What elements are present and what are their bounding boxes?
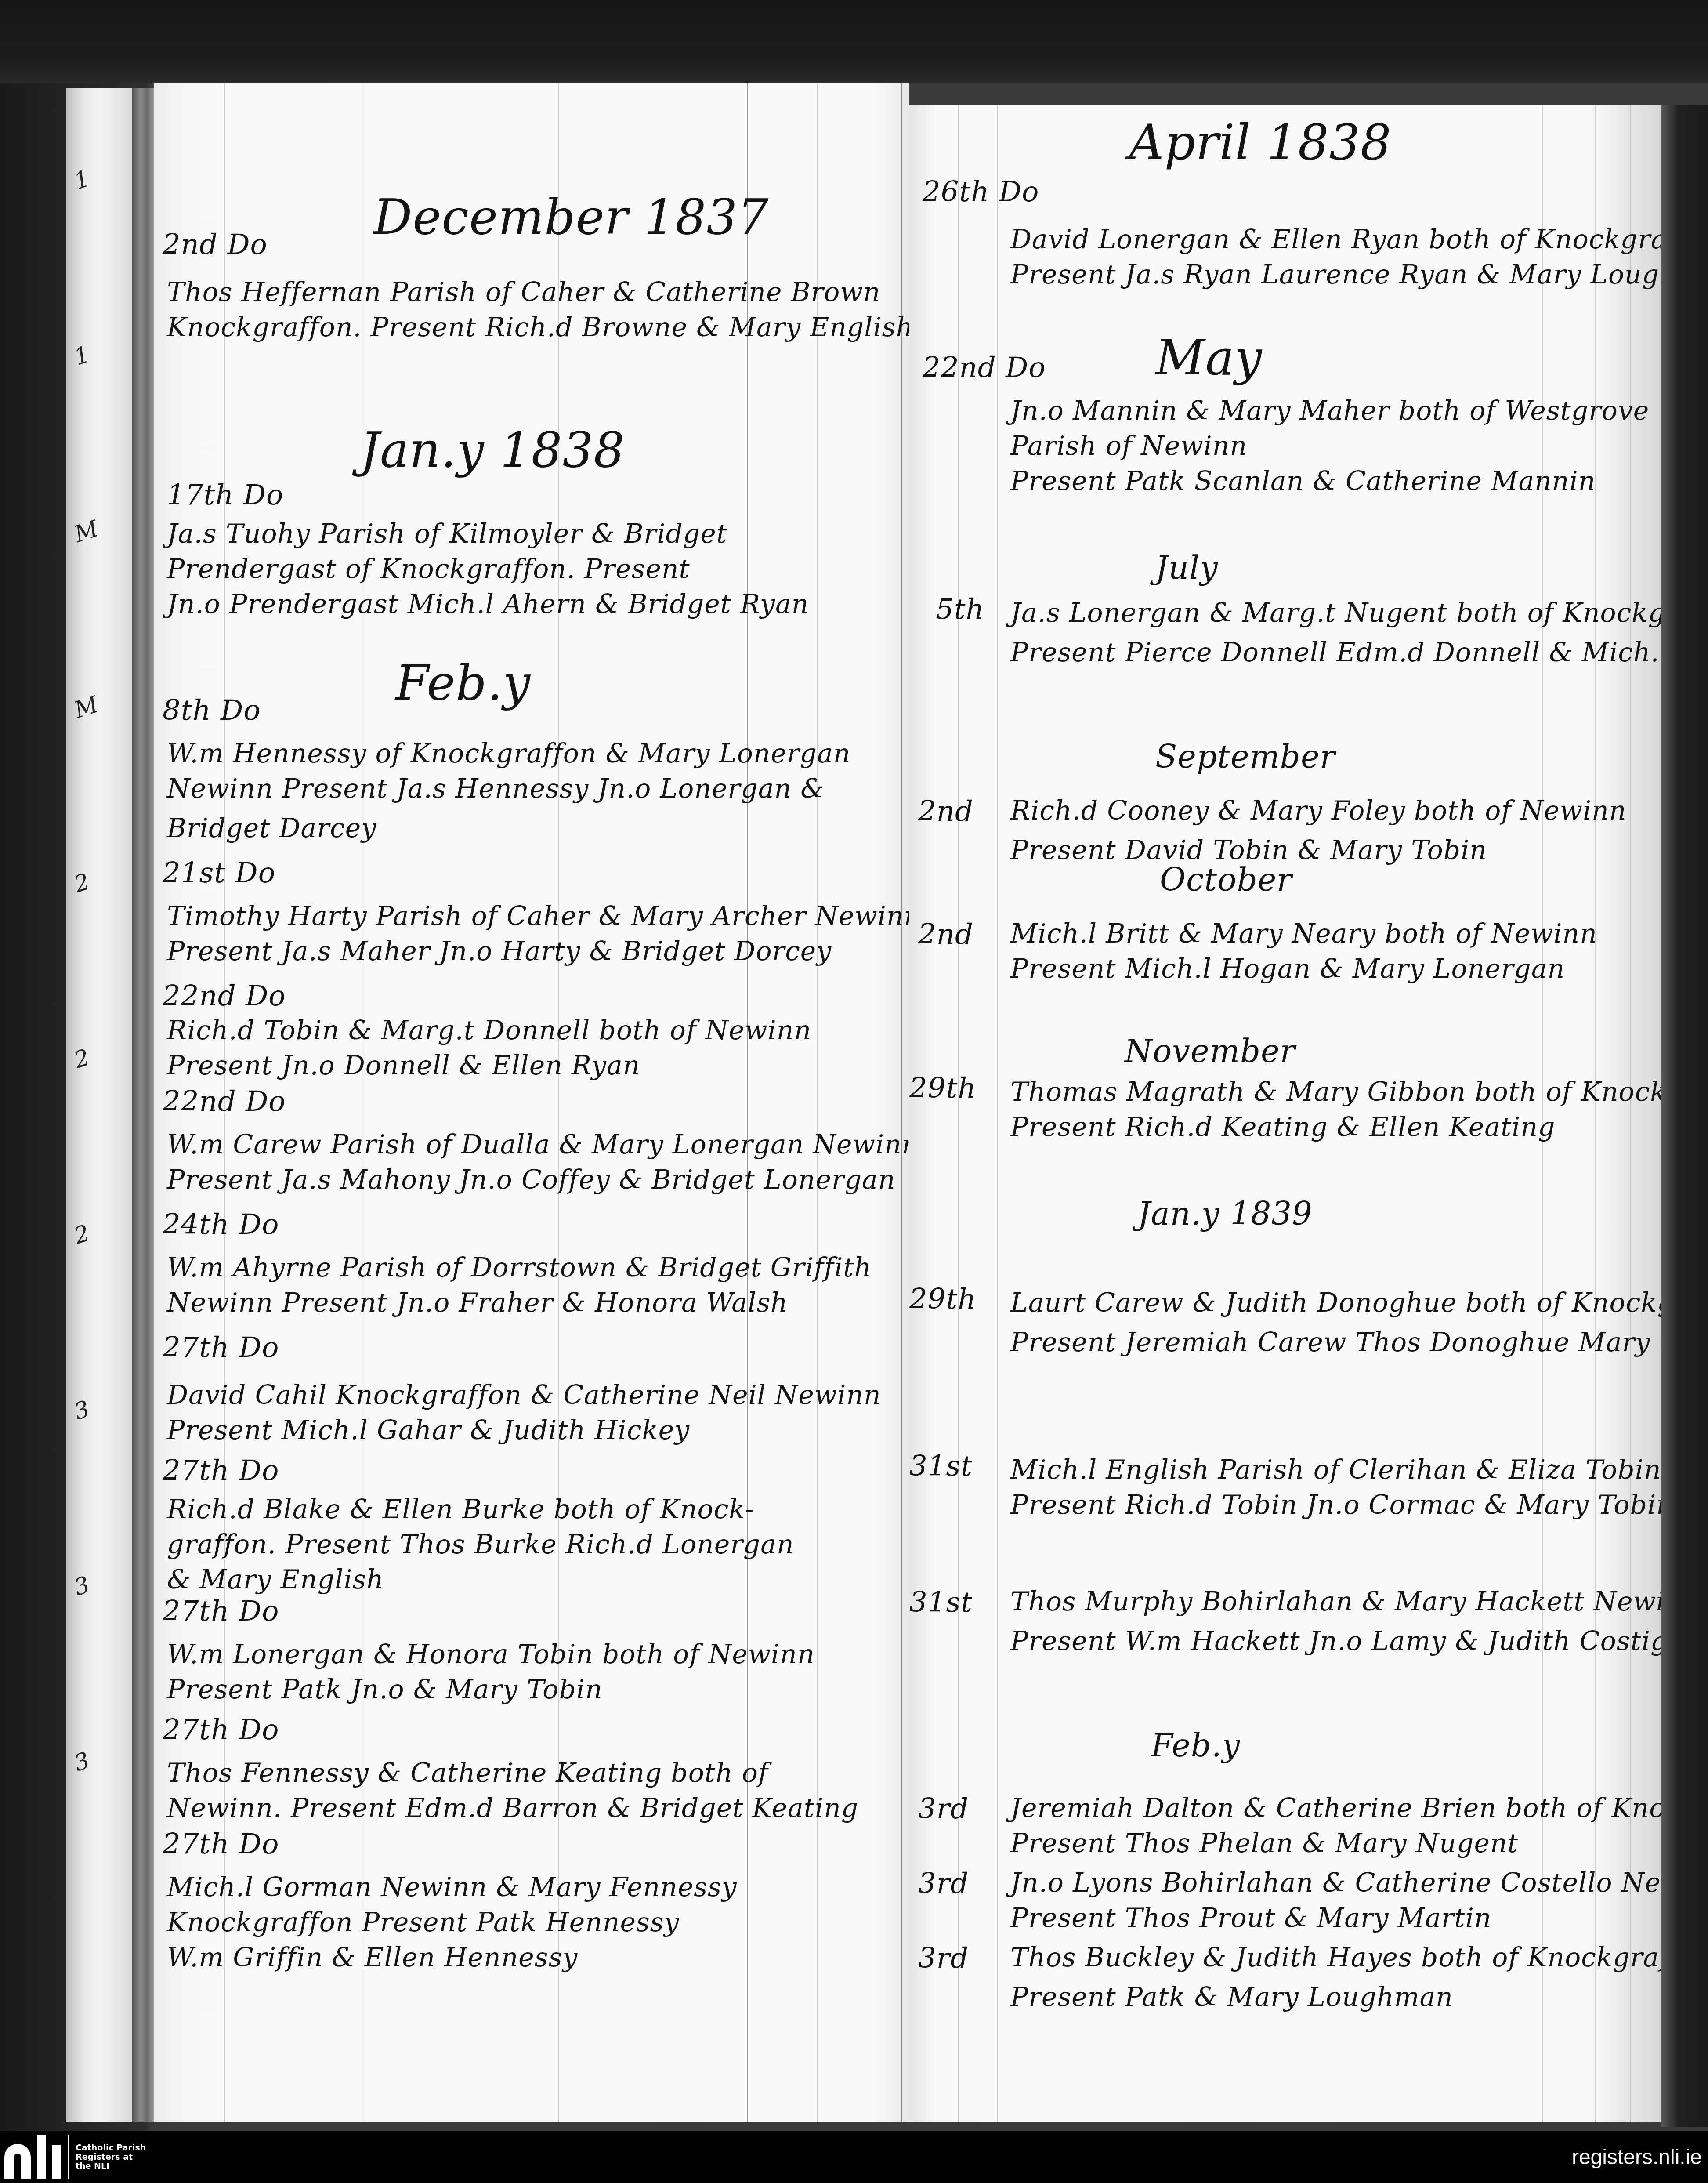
entry-date: 27th Do (163, 1454, 279, 1487)
entry-line: David Lonergan & Ellen Ryan both of Knoc… (1010, 224, 1665, 255)
entry-line: Present Ja.s Mahony Jn.o Coffey & Bridge… (167, 1164, 896, 1195)
entry-line: Present Ja.s Maher Jn.o Harty & Bridget … (167, 936, 832, 967)
margin-note: M (71, 515, 101, 548)
entry-line: W.m Lonergan & Honora Tobin both of Newi… (167, 1639, 815, 1670)
margin-note: 3 (71, 1571, 93, 1601)
margin-note: 2 (71, 1044, 93, 1073)
entry-line: Present Mich.l Gahar & Judith Hickey (167, 1415, 690, 1446)
margin-note: 3 (71, 1396, 93, 1425)
entry-line: Present Rich.d Tobin Jn.o Cormac & Mary … (1010, 1490, 1665, 1520)
entry-date: 2nd (918, 795, 973, 828)
right-register-page: April 1838MayJulySeptemberOctoberNovembe… (909, 105, 1665, 2122)
entry-line: Present Jn.o Donnell & Ellen Ryan (167, 1050, 640, 1081)
entry-line: Knockgraffon. Present Rich.d Browne & Ma… (167, 312, 909, 343)
entry-line: Prendergast of Knockgraffon. Present (167, 554, 690, 584)
logo-letter-l (37, 2135, 46, 2179)
entry-line: Ja.s Tuohy Parish of Kilmoyler & Bridget (167, 519, 727, 549)
margin-note: 2 (71, 868, 93, 898)
margin-note: 2 (71, 1220, 93, 1249)
entry-line: Present Thos Phelan & Mary Nugent (1010, 1828, 1519, 1859)
entry-line: Jn.o Mannin & Mary Maher both of Westgro… (1010, 395, 1649, 426)
entry-date: 17th Do (167, 479, 284, 511)
entry-date: 24th Do (163, 1208, 279, 1241)
entry-line: Present W.m Hackett Jn.o Lamy & Judith C… (1010, 1626, 1665, 1657)
entry-date: 3rd (918, 1868, 969, 1900)
entry-line: Mich.l Britt & Mary Neary both of Newinn (1010, 918, 1597, 949)
entry-line: Mich.l Gorman Newinn & Mary Fennessy (167, 1872, 737, 1903)
entry-line: Rich.d Tobin & Marg.t Donnell both of Ne… (167, 1015, 811, 1046)
margin-note: 1 (71, 165, 93, 195)
nli-logo-icon (4, 2135, 61, 2179)
entry-line: Present Mich.l Hogan & Mary Lonergan (1010, 954, 1565, 984)
entry-line: Present Rich.d Keating & Ellen Keating (1010, 1112, 1556, 1142)
entry-line: graffon. Present Thos Burke Rich.d Loner… (167, 1529, 794, 1560)
entry-line: Laurt Carew & Judith Donoghue both of Kn… (1010, 1287, 1665, 1318)
entry-date: 27th Do (163, 1595, 279, 1628)
logo-letter-i (52, 2145, 61, 2179)
entry-date: 2nd (918, 918, 973, 951)
entry-line: Present Ja.s Ryan Laurence Ryan & Mary L… (1010, 259, 1665, 290)
entry-line: Newinn Present Jn.o Fraher & Honora Wals… (167, 1287, 788, 1318)
margin-note: M (71, 691, 101, 724)
entry-date: 29th (909, 1072, 976, 1105)
entry-line: W.m Hennessy of Knockgraffon & Mary Lone… (167, 738, 850, 769)
entry-line: Newinn Present Ja.s Hennessy Jn.o Lonerg… (167, 773, 825, 804)
entry-line: Jeremiah Dalton & Catherine Brien both o… (1010, 1793, 1665, 1824)
entry-date: 3rd (918, 1793, 969, 1825)
entry-date: 8th Do (163, 694, 261, 727)
entry-date: 27th Do (163, 1331, 279, 1364)
site-url: registers.nli.ie (1572, 2145, 1708, 2169)
entry-date: 27th Do (163, 1714, 279, 1746)
month-heading: October (1160, 861, 1292, 898)
entry-line: W.m Carew Parish of Dualla & Mary Lonerg… (167, 1129, 909, 1160)
logo-divider (68, 2135, 69, 2179)
page-edge-line (901, 83, 902, 2122)
entry-line: Ja.s Lonergan & Marg.t Nugent both of Kn… (1010, 598, 1665, 628)
top-shadow-band (0, 0, 1708, 83)
entry-date: 22nd Do (923, 352, 1046, 384)
collection-title: Catholic Parish Registers at the NLI (76, 2143, 146, 2171)
entry-line: Present Patk Jn.o & Mary Tobin (167, 1674, 603, 1705)
margin-note: 1 (71, 341, 93, 370)
entry-date: 5th (936, 593, 984, 626)
entry-line: Thos Fennessy & Catherine Keating both o… (167, 1758, 768, 1788)
entry-line: Present Thos Prout & Mary Martin (1010, 1903, 1492, 1933)
entry-line: Present Pierce Donnell Edm.d Donnell & M… (1010, 637, 1665, 668)
left-register-page: December 1837Jan.y 1838Feb.y2nd DoThos H… (154, 83, 909, 2122)
entry-line: Present Jeremiah Carew Thos Donoghue Mar… (1010, 1327, 1665, 1358)
entry-line: Thos Murphy Bohirlahan & Mary Hackett Ne… (1010, 1586, 1665, 1617)
month-heading: November (1125, 1033, 1295, 1070)
entry-line: Thos Heffernan Parish of Caher & Catheri… (167, 277, 880, 308)
entry-line: & Mary English (167, 1564, 384, 1595)
entry-date: 29th (909, 1283, 976, 1316)
nli-branding: Catholic Parish Registers at the NLI (0, 2131, 146, 2183)
month-heading: Jan.y 1839 (1138, 1195, 1313, 1232)
entry-line: Jn.o Lyons Bohirlahan & Catherine Costel… (1010, 1868, 1665, 1898)
month-heading: May (1155, 330, 1262, 386)
entry-line: W.m Griffin & Ellen Hennessy (167, 1942, 578, 1973)
entry-date: 31st (909, 1450, 973, 1483)
entry-date: 21st Do (163, 857, 275, 889)
entry-line: Rich.d Blake & Ellen Burke both of Knock… (167, 1494, 754, 1525)
entry-line: Newinn. Present Edm.d Barron & Bridget K… (167, 1793, 858, 1824)
month-heading: Jan.y 1838 (360, 422, 625, 478)
entry-line: Present Patk & Mary Loughman (1010, 1982, 1453, 2013)
entry-date: 22nd Do (163, 1085, 286, 1118)
right-page-shadow (1661, 105, 1708, 2127)
entry-line: Present Patk Scanlan & Catherine Mannin (1010, 466, 1596, 497)
entry-line: W.m Ahyrne Parish of Dorrstown & Bridget… (167, 1252, 872, 1283)
entry-line: Rich.d Cooney & Mary Foley both of Newin… (1010, 795, 1627, 826)
month-heading: April 1838 (1129, 114, 1392, 170)
entry-date: 3rd (918, 1942, 969, 1975)
entry-line: Thomas Magrath & Mary Gibbon both of Kno… (1010, 1077, 1665, 1107)
month-heading: September (1155, 738, 1335, 775)
month-heading: Feb.y (1151, 1727, 1240, 1764)
previous-page-margin: 11MM222333 (66, 88, 136, 2122)
entry-line: Mich.l English Parish of Clerihan & Eliz… (1010, 1454, 1665, 1485)
margin-note: 3 (71, 1747, 93, 1777)
entry-date: 26th Do (923, 176, 1039, 208)
entry-line: Jn.o Prendergast Mich.l Ahern & Bridget … (167, 589, 809, 620)
month-heading: December 1837 (373, 189, 769, 245)
entry-line: Timothy Harty Parish of Caher & Mary Arc… (167, 901, 909, 932)
entry-line: Parish of Newinn (1010, 431, 1247, 461)
title-line-3: the NLI (76, 2162, 146, 2171)
month-heading: July (1155, 549, 1218, 586)
title-line-2: Registers at (76, 2153, 146, 2162)
entry-date: 31st (909, 1586, 973, 1619)
entry-line: Present David Tobin & Mary Tobin (1010, 835, 1487, 866)
entry-line: Thos Buckley & Judith Hayes both of Knoc… (1010, 1942, 1665, 1973)
month-heading: Feb.y (395, 655, 531, 711)
entry-date: 27th Do (163, 1828, 279, 1860)
title-line-1: Catholic Parish (76, 2143, 146, 2153)
entry-date: 22nd Do (163, 980, 286, 1012)
entry-line: Bridget Darcey (167, 813, 376, 844)
logo-letter-n (4, 2144, 31, 2179)
ruled-line (997, 105, 998, 2122)
entry-line: Knockgraffon Present Patk Hennessy (167, 1907, 679, 1938)
nli-footer-bar: Catholic Parish Registers at the NLI reg… (0, 2131, 1708, 2183)
entry-date: 2nd Do (163, 228, 268, 261)
entry-line: David Cahil Knockgraffon & Catherine Nei… (167, 1380, 881, 1411)
binding-gutter (132, 88, 154, 2122)
